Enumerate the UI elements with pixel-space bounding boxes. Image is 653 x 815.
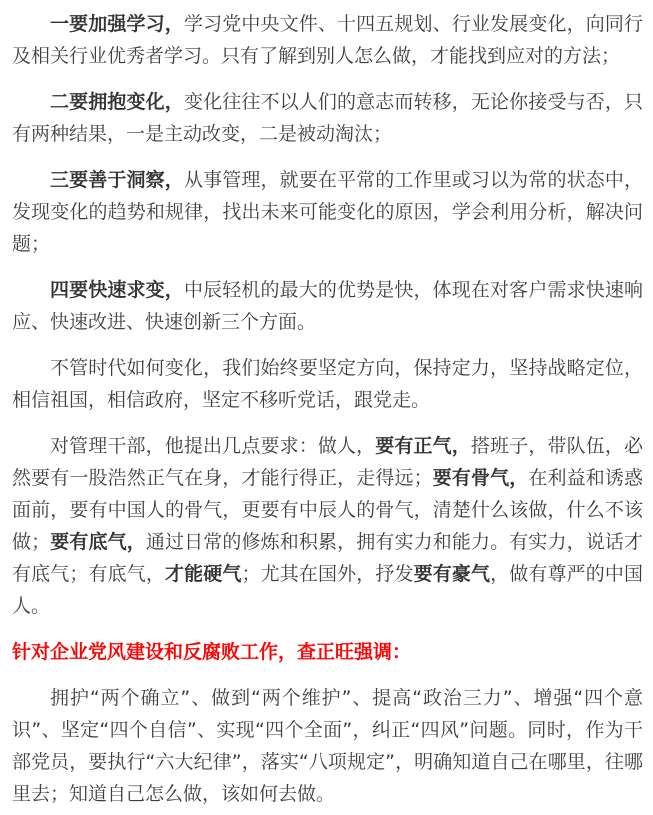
body-text: 不管时代如何变化，我们始终要坚定方向，保持定力，坚持战略定位，相信祖国，相信政府… (12, 357, 643, 411)
body-text: ；尤其在国外，抒发 (241, 563, 413, 585)
emphasis-text: 二要拥抱变化， (50, 91, 184, 113)
paragraph-party-discipline: 拥护“两个确立”、做到“两个维护”、提高“政治三力”、增强“四个意识”、坚定“四… (12, 682, 643, 810)
section-heading: 针对企业党风建设和反腐败工作，查正旺强调： (12, 636, 643, 668)
emphasis-text: 要有正气， (375, 435, 471, 457)
paragraph-direction: 不管时代如何变化，我们始终要坚定方向，保持定力，坚持战略定位，相信祖国，相信政府… (12, 352, 643, 416)
emphasis-text: 要有骨气， (433, 467, 529, 489)
paragraph-learning: 一要加强学习，学习党中央文件、十四五规划、行业发展变化，向同行及相关行业优秀者学… (12, 8, 643, 72)
emphasis-text: 一要加强学习， (50, 13, 184, 35)
emphasis-text: 四要快速求变， (50, 279, 184, 301)
emphasis-text: 要有底气， (50, 531, 146, 553)
body-text: 对管理干部，他提出几点要求：做人， (50, 435, 375, 457)
article-body: 一要加强学习，学习党中央文件、十四五规划、行业发展变化，向同行及相关行业优秀者学… (0, 0, 653, 810)
emphasis-text: 才能硬气 (165, 563, 242, 585)
paragraph-embrace-change: 二要拥抱变化，变化往往不以人们的意志而转移，无论你接受与否，只有两种结果，一是主… (12, 86, 643, 150)
paragraph-fast-change: 四要快速求变，中辰轻机的最大的优势是快，体现在对客户需求快速响应、快速改进、快速… (12, 274, 643, 338)
emphasis-text: 要有豪气 (414, 563, 491, 585)
paragraph-insight: 三要善于洞察，从事管理，就要在平常的工作里或习以为常的状态中，发现变化的趋势和规… (12, 164, 643, 260)
paragraph-cadre-requirements: 对管理干部，他提出几点要求：做人，要有正气，搭班子，带队伍，必然要有一股浩然正气… (12, 430, 643, 622)
emphasis-text: 三要善于洞察， (50, 169, 184, 191)
